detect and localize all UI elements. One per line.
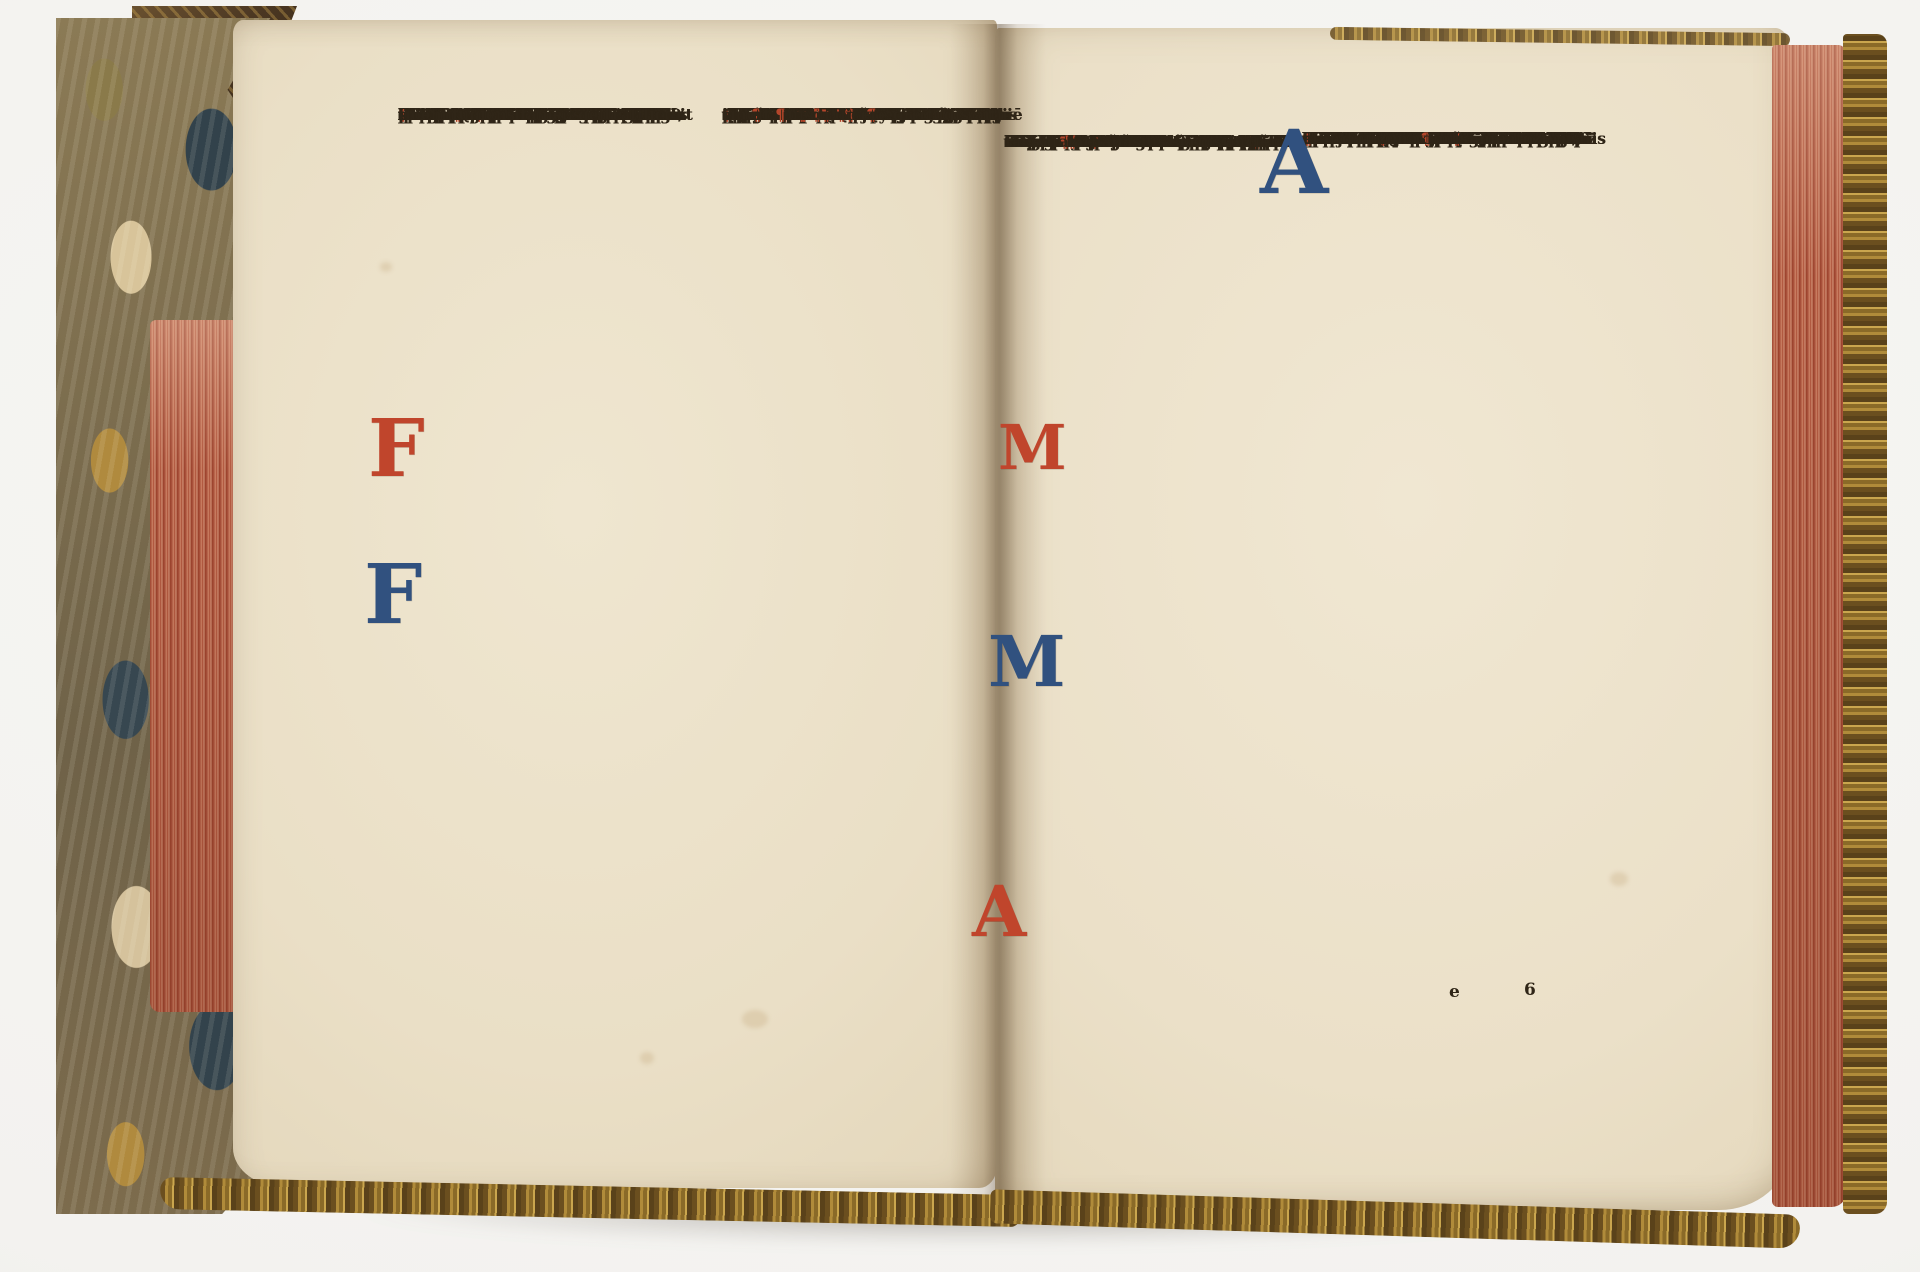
illuminated-initial-F: F: [368, 408, 425, 488]
illuminated-initial-F: F: [364, 554, 422, 636]
gilt-board-edge-right: [1843, 34, 1887, 1214]
red-stained-page-edges-left: [150, 320, 234, 1012]
quire-signature-number: 6: [1524, 980, 1536, 1000]
illuminated-initial-M: M: [988, 627, 1065, 697]
text-line: Ei9 vitā athanasius scripsit: [1004, 131, 1234, 152]
text-line: erat q cuz maximus impatoz xpi/: [1302, 128, 1577, 149]
text-line: ripuit ¶Cui cū dicerē.q̄re fugis:ait: [722, 104, 997, 125]
center-fold-shadow: [950, 24, 1046, 1210]
foxing-spot: [380, 262, 392, 272]
foxing-spot: [1610, 872, 1628, 886]
text-line: tiōem fugiens famē7 gelu afflict9: [398, 104, 681, 125]
right-page: [995, 28, 1789, 1210]
quire-signature-letter: e: [1449, 982, 1460, 1002]
illuminated-initial-A: A: [972, 877, 1026, 947]
illuminated-initial-A: A: [1260, 118, 1328, 206]
paragraph-mark: ¶: [775, 104, 787, 125]
foxing-spot: [742, 1010, 768, 1028]
photo-open-incunable-book: posset Qui cū cogitationes suasmachario …: [0, 0, 1920, 1272]
foxing-spot: [640, 1052, 654, 1064]
left-page: [233, 20, 997, 1188]
illuminated-initial-M: M: [998, 417, 1066, 479]
red-stained-page-edges-right: [1772, 45, 1846, 1207]
